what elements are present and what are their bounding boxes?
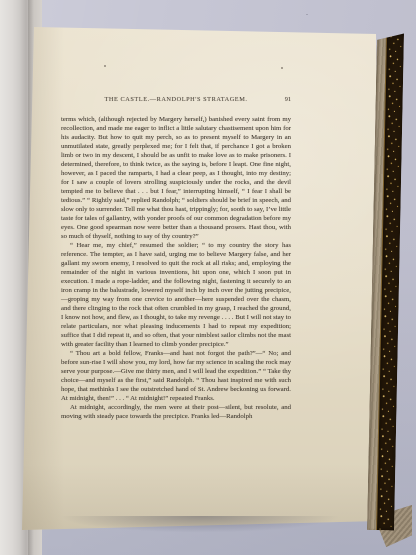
book-page: THE CASTLE.—RANDOLPH'S STRATAGEM. 91 ter… <box>18 24 382 534</box>
paragraph: terms which, (although rejected by Marge… <box>61 115 291 241</box>
printed-content: THE CASTLE.—RANDOLPH'S STRATAGEM. 91 ter… <box>61 96 291 421</box>
running-header: THE CASTLE.—RANDOLPH'S STRATAGEM. 91 <box>61 96 291 105</box>
header-title: THE CASTLE.—RANDOLPH'S STRATAGEM. <box>105 96 248 103</box>
body-text: terms which, (although rejected by Marge… <box>61 115 291 421</box>
dust-speck <box>306 14 308 15</box>
paragraph: At midnight, accordingly, the men were a… <box>61 403 291 421</box>
paragraph: “ Hear me, my chief,” resumed the soldie… <box>61 241 291 349</box>
paragraph: “ Thou art a bold fellow, Franks—and has… <box>61 349 291 403</box>
cast-shadow <box>14 516 386 538</box>
dust-speck <box>281 67 283 69</box>
photo-scene: THE CASTLE.—RANDOLPH'S STRATAGEM. 91 ter… <box>0 0 416 555</box>
dust-speck <box>104 65 106 67</box>
page-number: 91 <box>285 96 291 103</box>
